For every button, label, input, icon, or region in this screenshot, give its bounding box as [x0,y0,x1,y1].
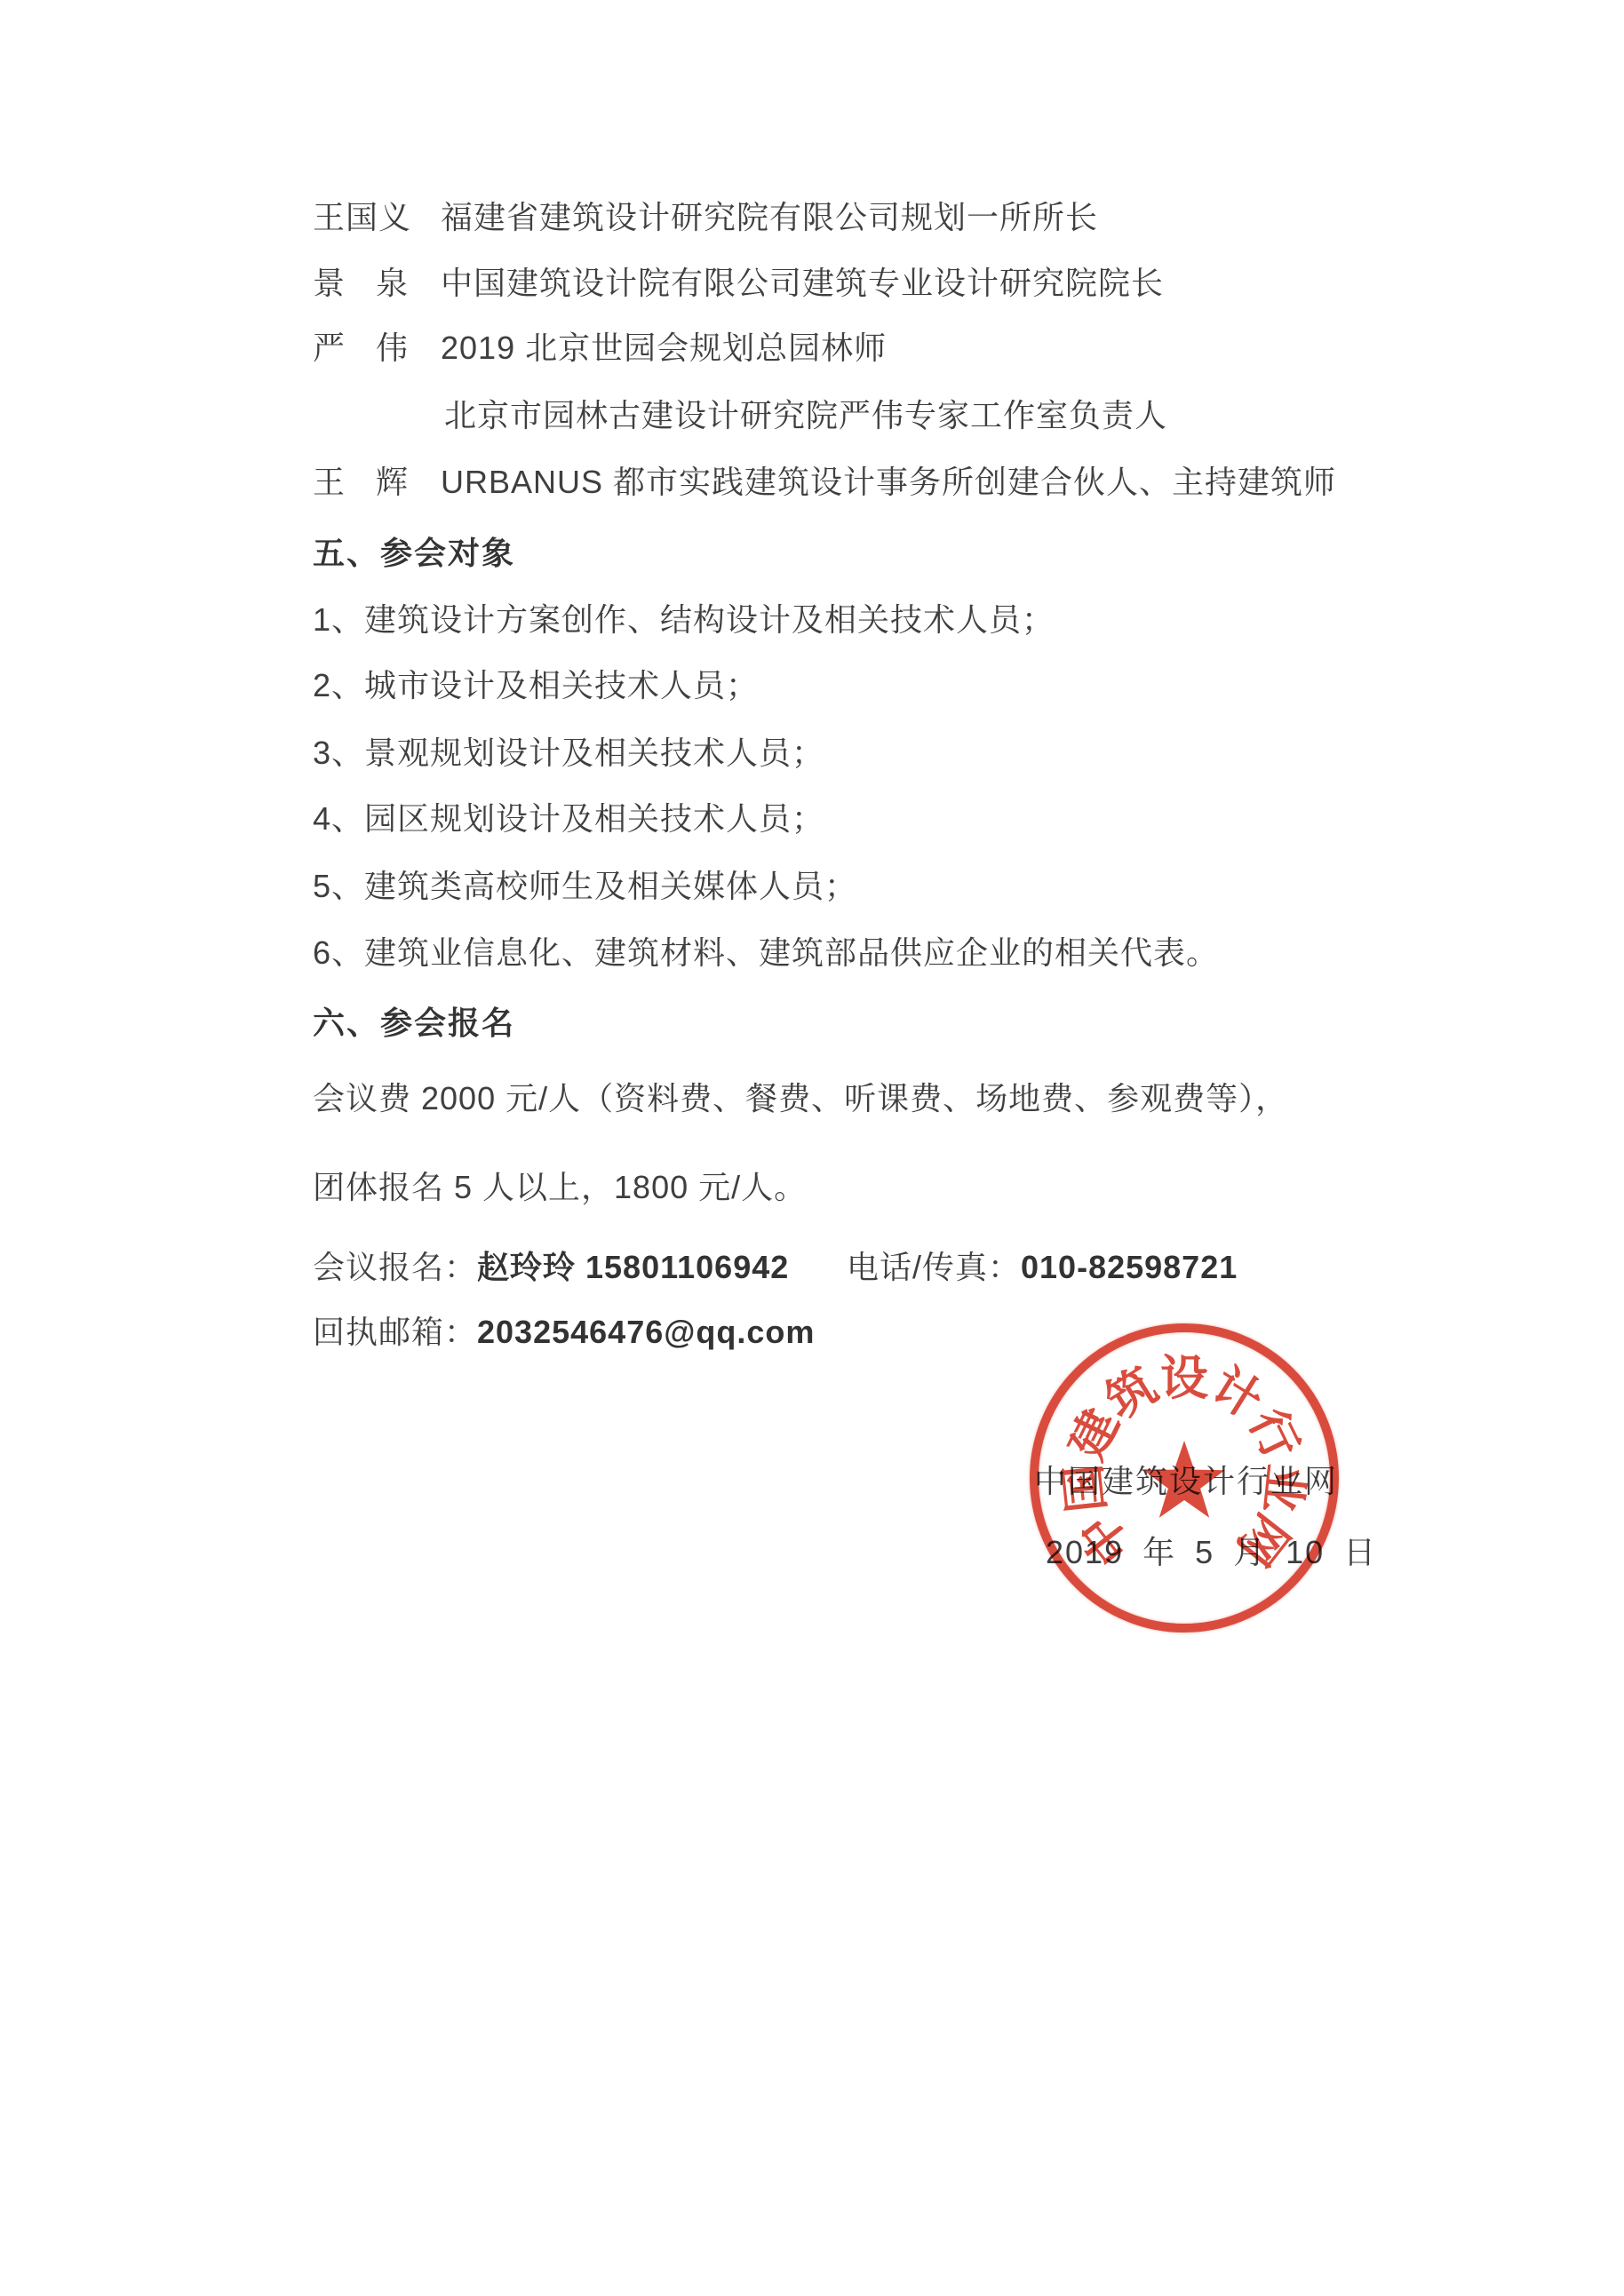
speaker-row: 景泉中国建筑设计院有限公司建筑专业设计研究院院长 [313,266,1164,300]
item-text: 城市设计及相关技术人员； [364,667,759,703]
email-label: 回执邮箱： [313,1314,477,1350]
speaker-title: 中国建筑设计院有限公司建筑专业设计研究院院长 [441,266,1164,300]
list-item: 6、建筑业信息化、建筑材料、建筑部品供应企业的相关代表。 [313,936,1219,970]
speaker-title: 2019 北京世园会规划总园林师 [441,331,887,365]
section6-heading: 六、参会报名 [313,1006,515,1040]
section5-heading: 五、参会对象 [313,536,515,570]
group-fee-line: 团体报名 5 人以上，1800 元/人。 [313,1171,807,1204]
speaker-row: 王国义福建省建筑设计研究院有限公司规划一所所长 [313,201,1098,234]
speaker-title: 福建省建筑设计研究院有限公司规划一所所长 [441,201,1098,234]
speaker-name: 景泉 [313,266,409,300]
stamp-arc-char: 设 [1160,1355,1208,1402]
speaker-title: URBANUS 都市实践建筑设计事务所创建合伙人、主持建筑师 [441,465,1336,499]
item-text: 景观规划设计及相关技术人员； [364,735,824,771]
speaker-name: 严伟 [313,331,409,365]
item-number: 4、 [313,802,364,836]
phone-label: 电话/传真： [847,1249,1021,1285]
registration-contact: 赵玲玲 15801106942 [477,1249,789,1285]
item-text: 建筑业信息化、建筑材料、建筑部品供应企业的相关代表。 [364,934,1219,971]
email-address: 2032546476@qq.com [477,1314,815,1350]
item-number: 2、 [313,669,364,703]
item-text: 建筑类高校师生及相关媒体人员； [364,868,857,904]
list-item: 5、建筑类高校师生及相关媒体人员； [313,870,857,903]
speaker-name: 王辉 [313,465,409,499]
item-text: 建筑设计方案创作、结构设计及相关技术人员； [364,601,1055,638]
list-item: 3、景观规划设计及相关技术人员； [313,736,824,770]
document-page: 王国义福建省建筑设计研究院有限公司规划一所所长 景泉中国建筑设计院有限公司建筑专… [0,0,1624,2296]
stamp-arc-char: 国 [1059,1462,1111,1514]
speaker-row: 王辉URBANUS 都市实践建筑设计事务所创建合伙人、主持建筑师 [313,465,1336,499]
official-stamp: 中 国 建 筑 设 计 行 业 网 [1030,1323,1339,1633]
speaker-title-continuation: 北京市园林古建设计研究院严伟专家工作室负责人 [444,399,1167,433]
speaker-row: 严伟2019 北京世园会规划总园林师 [313,331,887,365]
registration-label: 会议报名： [313,1249,477,1285]
item-number: 6、 [313,936,364,970]
item-number: 1、 [313,603,364,637]
item-text: 园区规划设计及相关技术人员； [364,800,824,837]
list-item: 2、城市设计及相关技术人员； [313,669,759,703]
phone-part: 电话/传真：010-82598721 [847,1251,1238,1284]
stamp-arc-char: 业 [1257,1462,1310,1514]
email-line: 回执邮箱：2032546476@qq.com [313,1315,815,1349]
phone-number: 010-82598721 [1021,1249,1238,1285]
list-item: 1、建筑设计方案创作、结构设计及相关技术人员； [313,603,1055,637]
fee-line: 会议费 2000 元/人（资料费、餐费、听课费、场地费、参观费等）， [313,1082,1288,1116]
item-number: 3、 [313,736,364,770]
speaker-name: 王国义 [313,201,409,234]
list-item: 4、园区规划设计及相关技术人员； [313,802,824,836]
item-number: 5、 [313,870,364,903]
registration-line: 会议报名：赵玲玲 15801106942 电话/传真：010-82598721 [313,1251,789,1284]
stamp-star-icon [1140,1437,1229,1526]
